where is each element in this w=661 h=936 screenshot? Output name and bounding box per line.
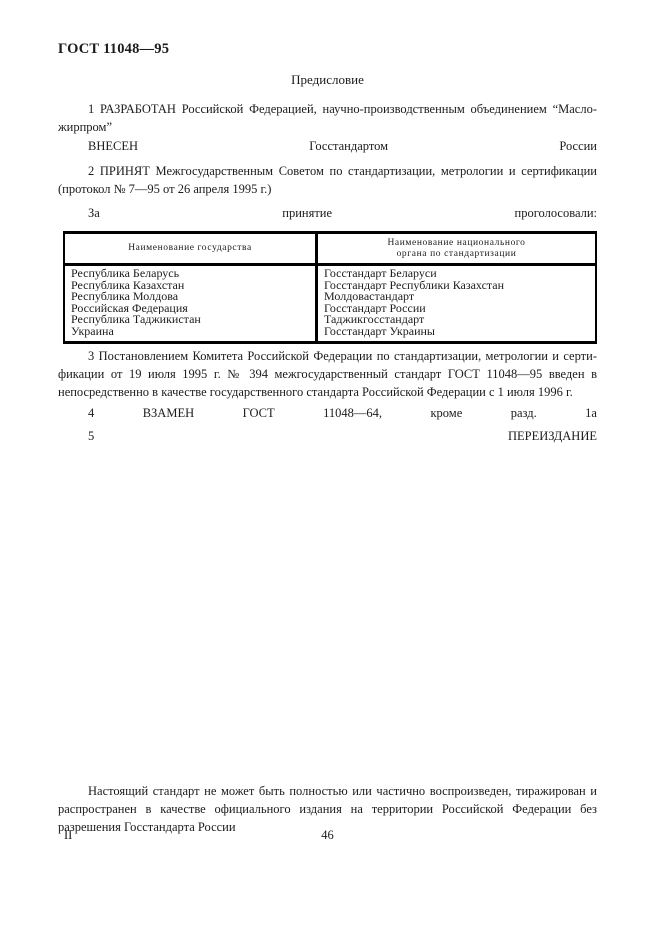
paragraph-line: 4 ВЗАМЕН ГОСТ 11048—64, кроме разд. 1а [58,404,597,422]
table-header-body: Наименование национального органа по ста… [315,234,595,263]
paragraph-line: 5 ПЕРЕИЗДАНИЕ [58,427,597,445]
table-cell-country: Республика Казахстан [71,280,311,292]
paragraph-replaces: 4 ВЗАМЕН ГОСТ 11048—64, кроме разд. 1а [58,404,597,422]
paragraph-developed: 1 РАЗРАБОТАН Российской Федерацией, науч… [58,100,597,136]
voting-table: Наименование государства Наименование на… [63,231,597,344]
paragraph-voted-intro: За принятие проголосовали: [58,204,597,222]
paragraph-submitted: ВНЕСЕН Госстандартом России [58,137,597,155]
table-cell-country: Республика Беларусь [71,268,311,280]
paragraph-line: (протокол № 7—95 от 26 апреля 1995 г.) [58,180,597,198]
table-cell-body: Госстандарт Украины [324,326,591,338]
table-header-country: Наименование государства [65,234,315,263]
paragraph-line: 1 РАЗРАБОТАН Российской Федерацией, науч… [58,100,597,118]
paragraph-reissue: 5 ПЕРЕИЗДАНИЕ [58,427,597,445]
table-cell-body: Таджикгосстандарт [324,314,591,326]
paragraph-line: За принятие проголосовали: [58,204,597,222]
table-cell-body: Госстандарт Республики Казахстан [324,280,591,292]
paragraph-line: 3 Постановлением Комитета Российской Фед… [58,347,597,365]
page-title: Предисловие [58,72,597,88]
table-body: Республика Беларусь Республика Казахстан… [65,266,595,341]
table-header-row: Наименование государства Наименование на… [65,234,595,266]
document-page: ГОСТ 11048—95 Предисловие 1 РАЗРАБОТАН Р… [0,0,661,936]
table-cell-body: Молдовастандарт [324,291,591,303]
paragraph-line: фикации от 19 июля 1995 г. № 394 межгосу… [58,365,597,383]
doc-code: ГОСТ 11048—95 [58,41,169,58]
paragraph-line: распространен в качестве официального из… [58,800,597,818]
table-column-body: Госстандарт Беларуси Госстандарт Республ… [315,266,595,341]
table-header-text: Наименование национального [387,238,525,249]
table-header-text: органа по стандартизации [397,249,517,260]
table-cell-country: Российская Федерация [71,303,311,315]
table-cell-country: Республика Таджикистан [71,314,311,326]
table-cell-body: Госстандарт России [324,303,591,315]
table-cell-country: Республика Молдова [71,291,311,303]
table-cell-body: Госстандарт Беларуси [324,268,591,280]
paragraph-line: 2 ПРИНЯТ Межгосударственным Советом по с… [58,162,597,180]
paragraph-line: непосредственно в качестве государственн… [58,383,597,401]
paragraph-line: Настоящий стандарт не может быть полност… [58,782,597,800]
table-column-country: Республика Беларусь Республика Казахстан… [65,266,315,341]
table-cell-country: Украина [71,326,311,338]
paragraph-adopted: 2 ПРИНЯТ Межгосударственным Советом по с… [58,162,597,198]
paragraph-line: ВНЕСЕН Госстандартом России [58,137,597,155]
table-header-text: Наименование государства [128,243,252,254]
paragraph-resolution: 3 Постановлением Комитета Российской Фед… [58,347,597,401]
page-number: 46 [58,827,597,843]
paragraph-line: жирпром” [58,118,597,136]
